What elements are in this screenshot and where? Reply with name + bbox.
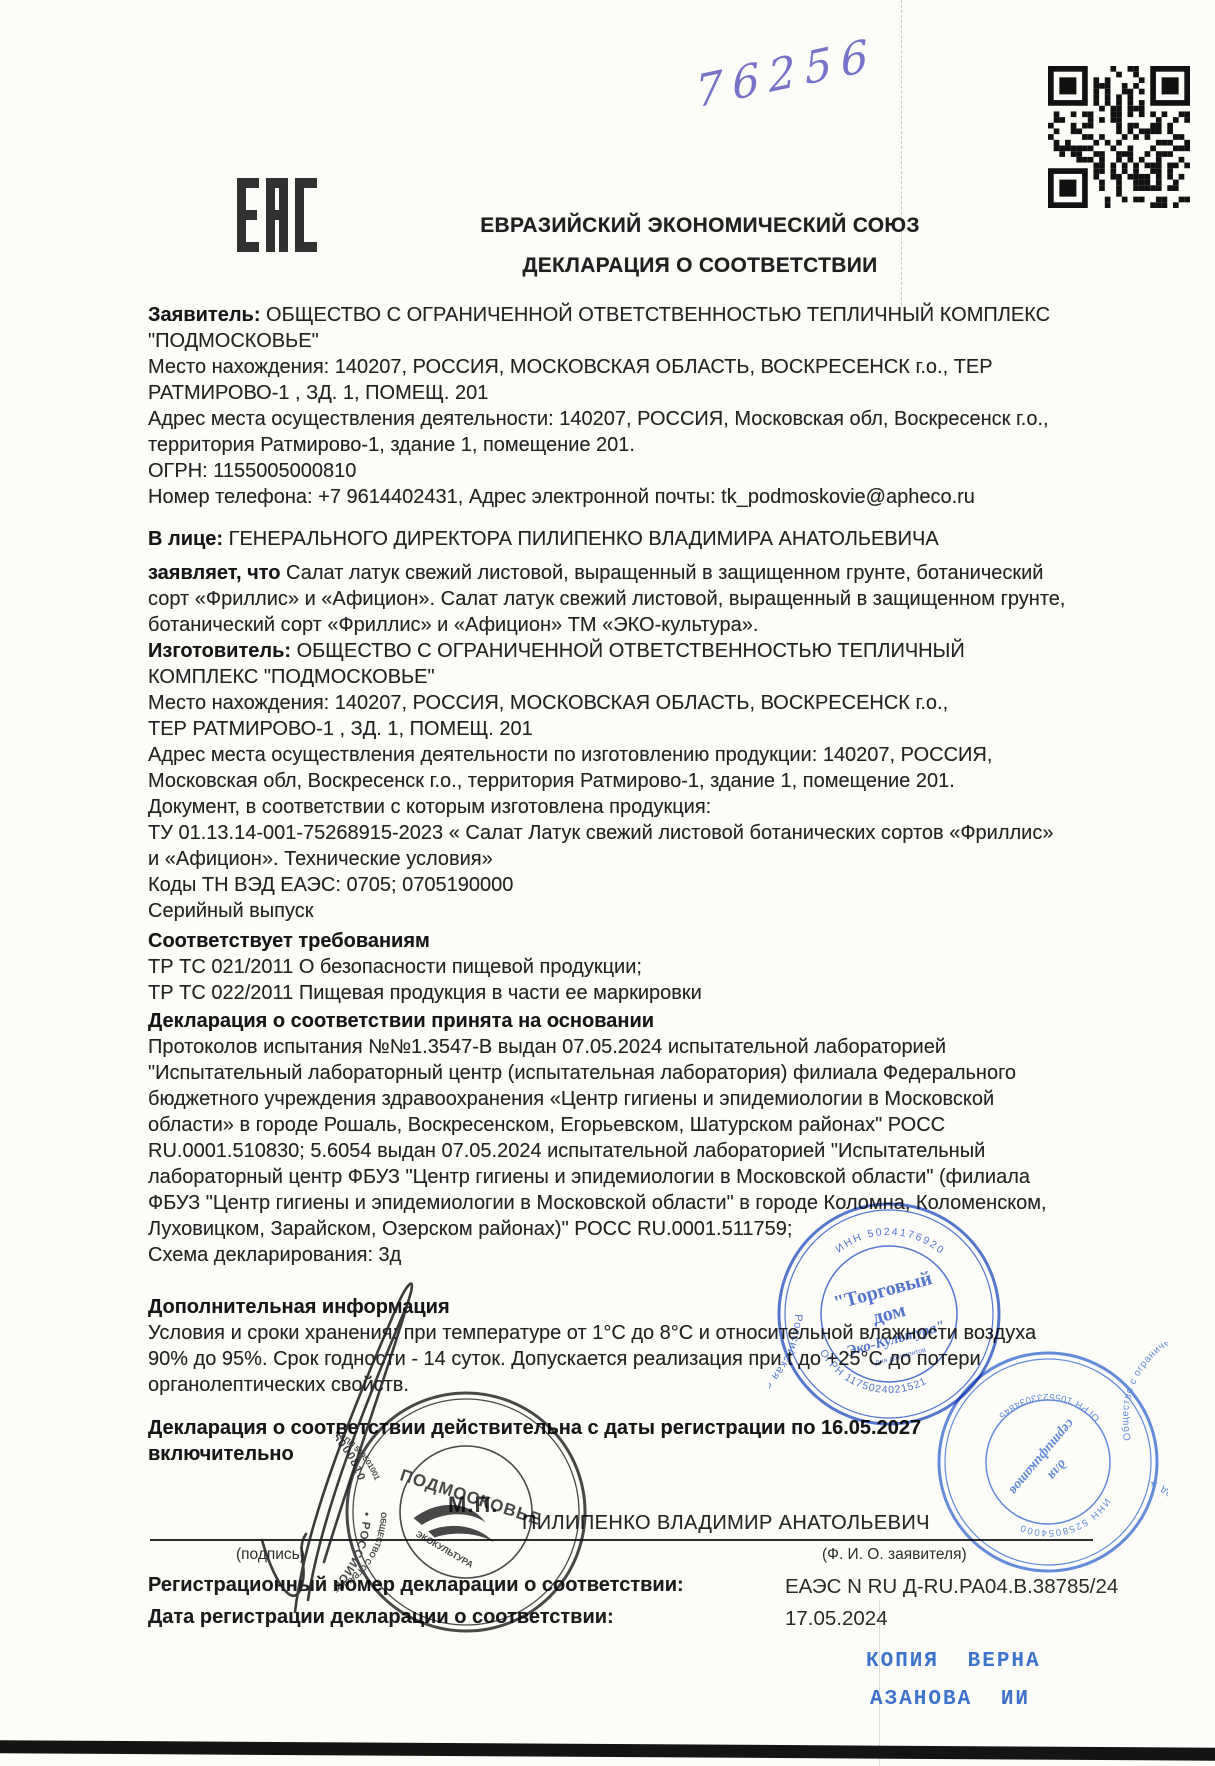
qr-code-icon xyxy=(1048,66,1190,208)
body-line: "Испытательный лабораторный центр (испыт… xyxy=(148,1060,1158,1086)
declaration-document: 76256 ЕВРАЗИЙСКИЙ ЭКОНОМИЧЕСКИЙ СОЮЗ ДЕК… xyxy=(0,0,1215,1766)
body-line: ТР ТС 022/2011 Пищевая продукция в части… xyxy=(148,980,1158,1006)
copy-verna-stamp: КОПИЯ ВЕРНА xyxy=(866,1650,1041,1673)
body-line: Адрес места осуществления деятельности: … xyxy=(148,406,1158,432)
body-line: Место нахождения: 140207, РОССИЯ, МОСКОВ… xyxy=(148,690,1158,716)
body-line: Документ, в соответствии с которым изгот… xyxy=(148,794,1158,820)
certification-seal: Общество с ограниченной ответственностью… xyxy=(928,1342,1168,1582)
body-line: ТЕР РАТМИРОВО-1 , ЗД. 1, ПОМЕЩ. 201 xyxy=(148,716,1158,742)
body-line: "ПОДМОСКОВЬЕ" xyxy=(148,328,1158,354)
reg-date-value: 17.05.2024 xyxy=(785,1607,888,1631)
body-line: Декларация о соответствии принята на осн… xyxy=(148,1008,1158,1034)
svg-text:ИНН 5024176920: ИНН 5024176920 xyxy=(833,1226,947,1257)
body-line: Изготовитель: ОБЩЕСТВО С ОГРАНИЧЕННОЙ ОТ… xyxy=(148,638,1158,664)
handwritten-number: 76256 xyxy=(694,29,879,119)
union-title: ЕВРАЗИЙСКИЙ ЭКОНОМИЧЕСКИЙ СОЮЗ xyxy=(250,214,1150,238)
body-line: В лице: ГЕНЕРАЛЬНОГО ДИРЕКТОРА ПИЛИПЕНКО… xyxy=(148,526,1158,552)
body-line: Заявитель: ОБЩЕСТВО С ОГРАНИЧЕННОЙ ОТВЕТ… xyxy=(148,302,1158,328)
body-line: ботанический сорт «Фриллис» и «Афицион» … xyxy=(148,612,1158,638)
body-line: бюджетного учреждения здравоохранения «Ц… xyxy=(148,1086,1158,1112)
body-line: сорт «Фриллис» и «Афицион». Салат латук … xyxy=(148,586,1158,612)
body-line: RU.0001.510830; 5.6054 выдан 07.05.2024 … xyxy=(148,1138,1158,1164)
body-line: лабораторный центр ФБУЗ "Центр гигиены и… xyxy=(148,1164,1158,1190)
body-line: заявляет, что Салат латук свежий листово… xyxy=(148,560,1158,586)
body-line: области» в городе Рошаль, Воскресенском,… xyxy=(148,1112,1158,1138)
body-line: Место нахождения: 140207, РОССИЯ, МОСКОВ… xyxy=(148,354,1158,380)
body-line: и «Афицион». Технические условия» xyxy=(148,846,1158,872)
signature-strokes xyxy=(230,1250,720,1640)
body-line: КОМПЛЕКС "ПОДМОСКОВЬЕ" xyxy=(148,664,1158,690)
body-line: Московская обл, Воскресенск г.о., террит… xyxy=(148,768,1158,794)
copy-author-stamp: АЗАНОВА ИИ xyxy=(870,1688,1030,1711)
body-line: ТУ 01.13.14-001-75268915-2023 « Салат Ла… xyxy=(148,820,1158,846)
document-title: ДЕКЛАРАЦИЯ О СООТВЕТСТВИИ xyxy=(250,254,1150,278)
body-line: Протоколов испытания №№1.3547-В выдан 07… xyxy=(148,1034,1158,1060)
body-line: Серийный выпуск xyxy=(148,898,1158,924)
body-line: территория Ратмирово-1, здание 1, помеще… xyxy=(148,432,1158,458)
fold-line-bottom xyxy=(879,1600,880,1766)
body-line: Адрес места осуществления деятельности п… xyxy=(148,742,1158,768)
svg-text:Российская Федерация г. Москва: Российская Федерация г. Москва ★ Обществ… xyxy=(769,1211,804,1417)
body-line: РАТМИРОВО-1 , ЗД. 1, ПОМЕЩ. 201 xyxy=(148,380,1158,406)
cert-seal-center-2: сертификатов xyxy=(1005,1416,1077,1498)
fold-line-top xyxy=(901,0,902,305)
body-line: ТР ТС 021/2011 О безопасности пищевой пр… xyxy=(148,954,1158,980)
body-line: Соответствует требованиям xyxy=(148,928,1158,954)
trade-seal-inn-text: ИНН 5024176920 xyxy=(833,1226,947,1257)
trade-seal-ring-text: Российская Федерация г. Москва ★ Обществ… xyxy=(769,1211,804,1417)
body-line: ОГРН: 1155005000810 xyxy=(148,458,1158,484)
body-line: Коды ТН ВЭД ЕАЭС: 0705; 0705190000 xyxy=(148,872,1158,898)
scan-edge xyxy=(0,1740,1215,1761)
body-line: Номер телефона: +7 9614402431, Адрес эле… xyxy=(148,484,1158,510)
